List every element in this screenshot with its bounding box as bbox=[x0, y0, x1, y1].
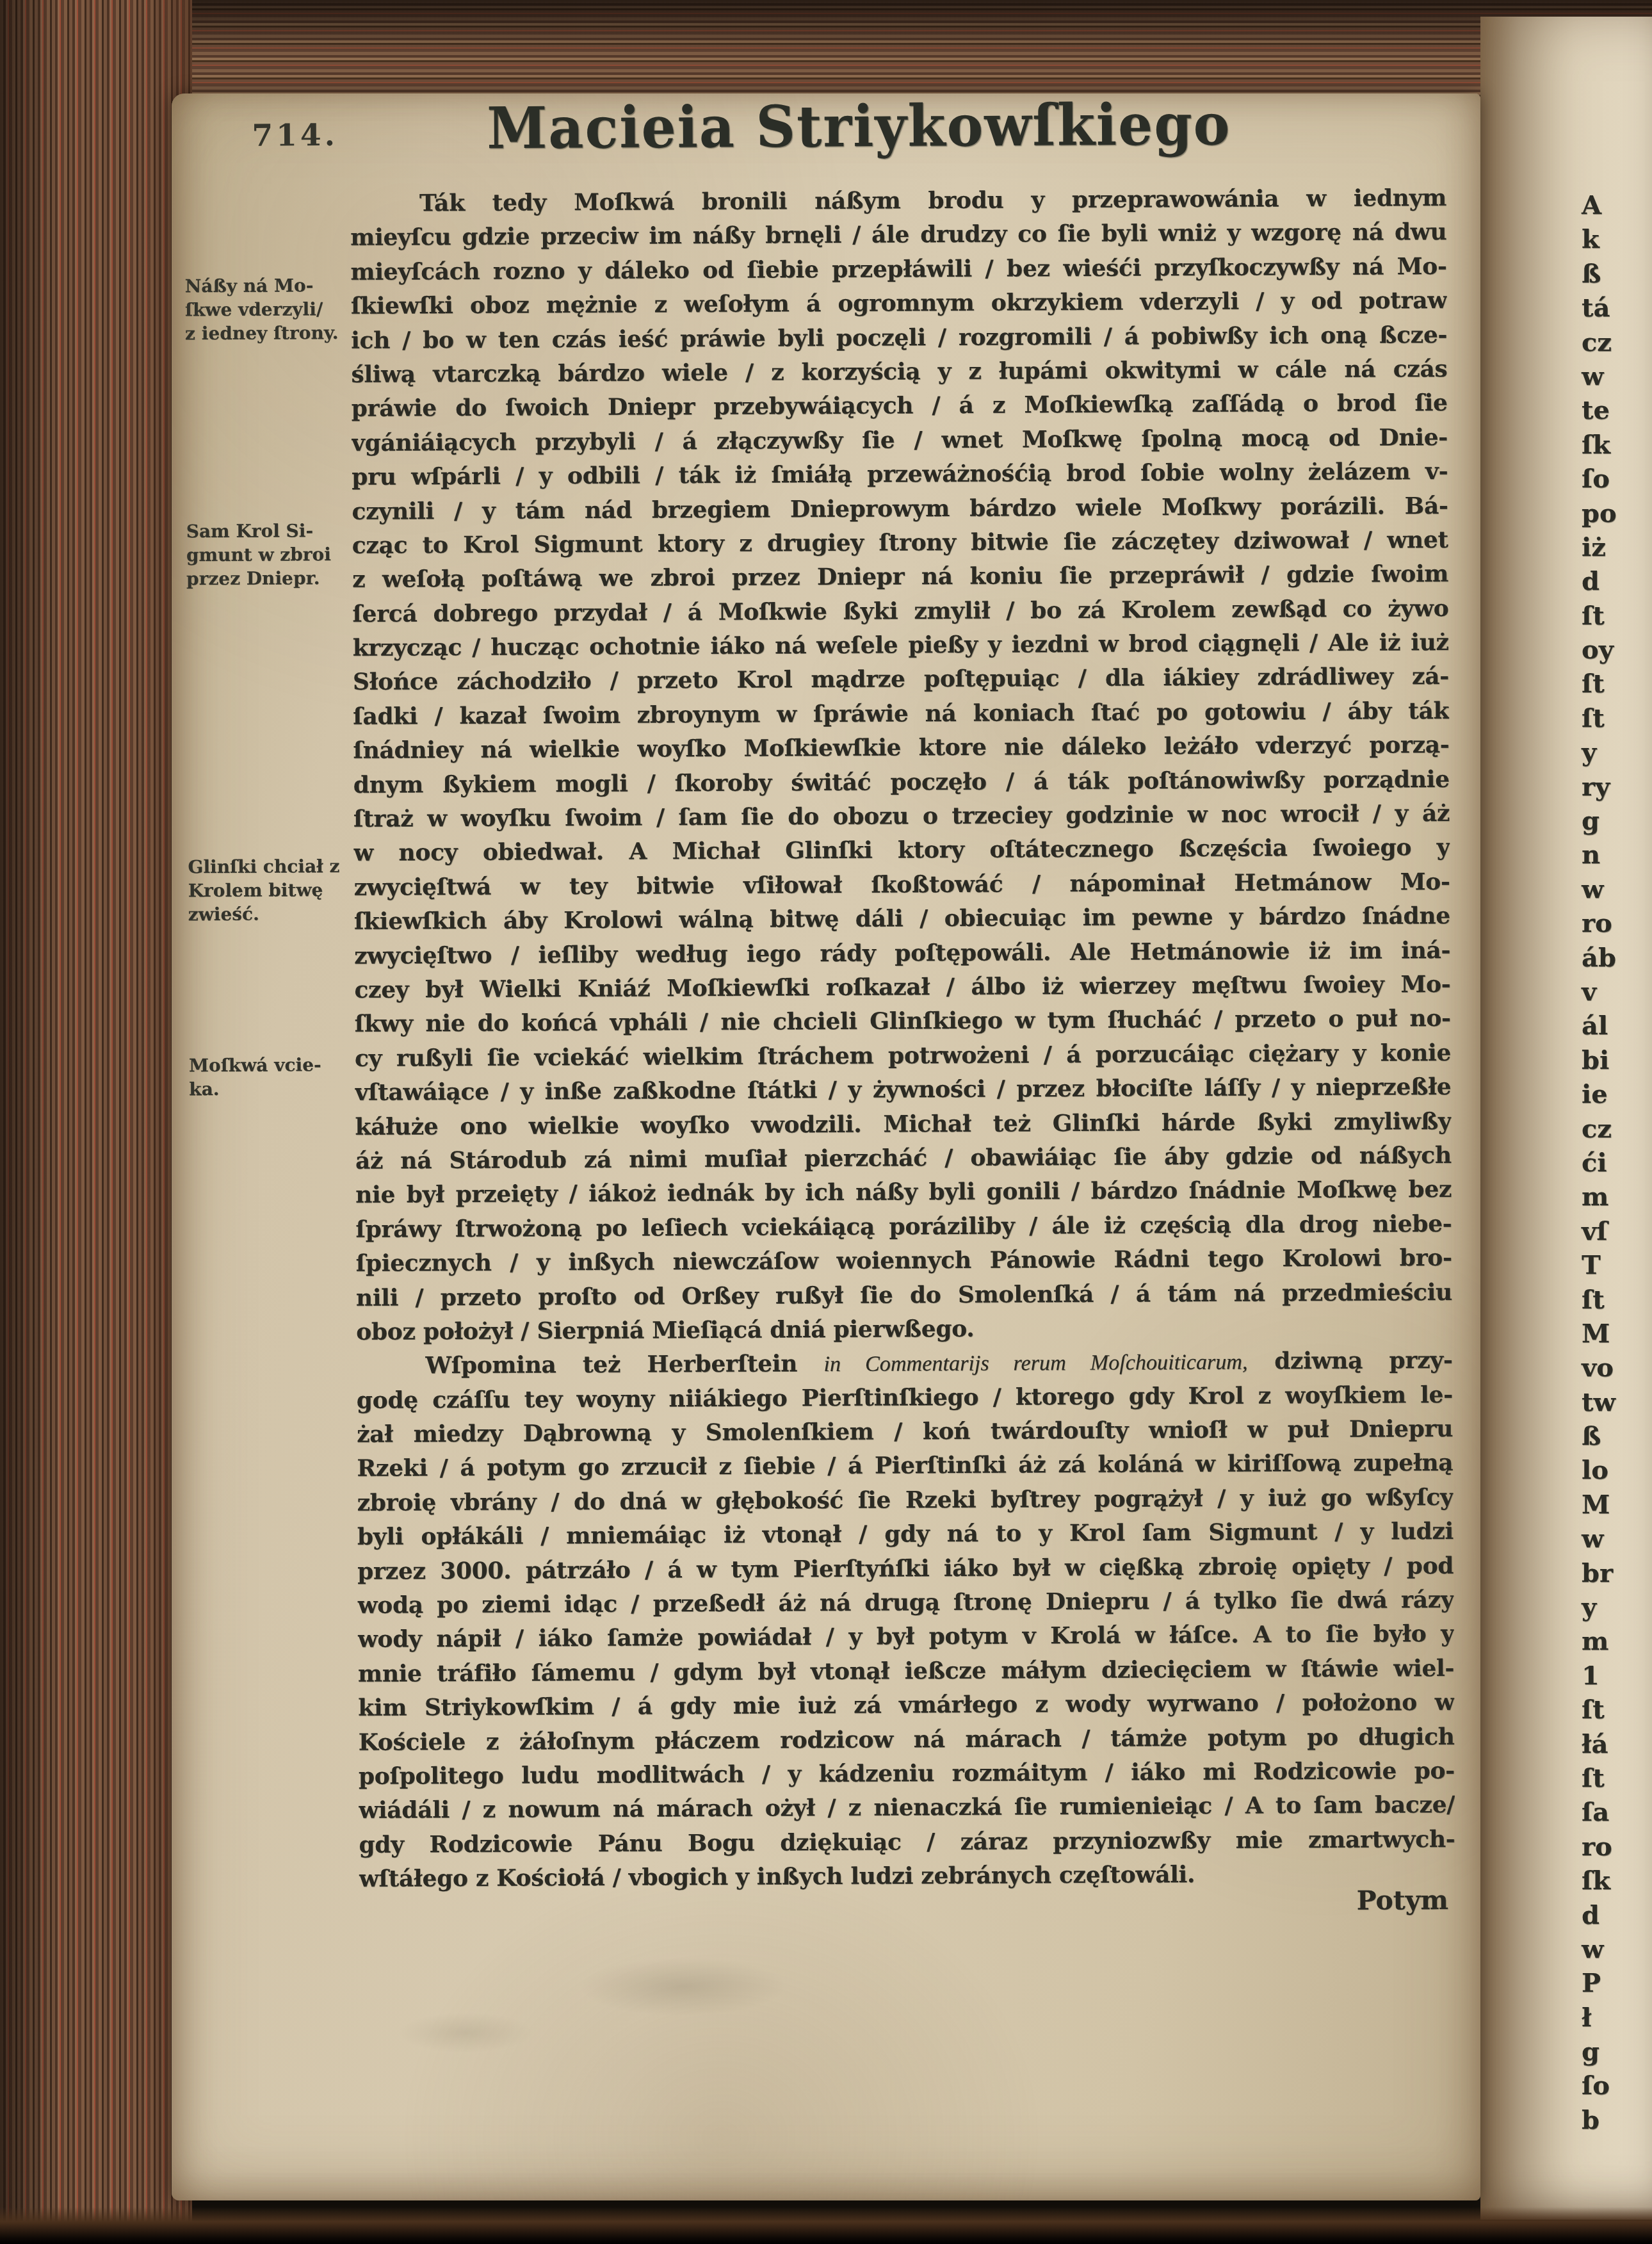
margin-note: Náßy ná Mo-ſkwe vderzyli/z iedney ſtrony… bbox=[185, 273, 348, 345]
facing-page-line-fragment: w bbox=[1582, 359, 1652, 393]
body-line: Wſpomina też Herberſtein in Commentarijs… bbox=[356, 1344, 1452, 1383]
body-line: wodą po ziemi idąc / przeßedł áż ná drug… bbox=[357, 1583, 1454, 1623]
body-line: wiádáli / z nowum ná márach ożył / z nie… bbox=[359, 1788, 1455, 1828]
facing-page-line-fragment: d bbox=[1582, 564, 1652, 598]
body-line: zwycięſtwá w tey bitwie vſiłował ſkoßtow… bbox=[353, 865, 1450, 905]
facing-page-line-fragment: iż bbox=[1582, 530, 1652, 564]
facing-page-line-fragment: po bbox=[1582, 496, 1652, 530]
body-line: práwie do ſwoich Dniepr przebywáiących /… bbox=[352, 386, 1448, 426]
facing-page-line-fragment: P bbox=[1582, 1966, 1652, 2000]
body-line: gdy Rodzicowie Pánu Bogu dziękuiąc / zár… bbox=[359, 1823, 1455, 1862]
facing-page-line-fragment: d bbox=[1582, 1898, 1652, 1932]
body-line: nili / przeto proſto od Orßey rußył ſie … bbox=[356, 1275, 1452, 1315]
facing-page-line-fragment: ći bbox=[1582, 1146, 1652, 1180]
facing-page-line-fragment: te bbox=[1582, 393, 1652, 427]
facing-page-line-fragment: ro bbox=[1582, 906, 1652, 940]
body-line: Słońce záchodziło / przeto Krol mądrze p… bbox=[353, 660, 1449, 699]
body-line: Kościele z żáłoſnym płáczem rodzicow ná … bbox=[358, 1720, 1454, 1759]
body-line: ſkiewſkich áby Krolowi wálną bitwę dáli … bbox=[354, 899, 1450, 939]
body-line: oboz położył / Sierpniá Mieſiącá dniá pi… bbox=[356, 1310, 1452, 1349]
margin-note-line: Sam Krol Si- bbox=[186, 519, 349, 543]
facing-page-line-fragment: ſk bbox=[1582, 1864, 1652, 1898]
page-surface: 714. Macieia Striykowſkiego Náßy ná Mo-ſ… bbox=[167, 90, 1487, 2204]
margin-note: Sam Krol Si-gmunt w zbroiprzez Dniepr. bbox=[186, 519, 350, 590]
margin-note: Glinſki chciał zKrolem bitwęzwieść. bbox=[188, 854, 351, 926]
body-line: ſkiewſki oboz mężnie z weſołym á ogromny… bbox=[351, 284, 1447, 323]
body-line: krzycząc / hucząc ochotnie iáko ná weſel… bbox=[352, 626, 1448, 665]
facing-page-line-fragment: cz bbox=[1582, 325, 1652, 359]
body-line: vſtawáiące / y inße zaßkodne ſtátki / y … bbox=[355, 1070, 1451, 1110]
margin-note-line: Náßy ná Mo- bbox=[185, 273, 348, 298]
facing-page-line-fragment: ß bbox=[1582, 1419, 1652, 1453]
body-line: kim Striykowſkim / á gdy mie iuż zá vmár… bbox=[358, 1686, 1454, 1725]
facing-page-line-fragment: ſk bbox=[1582, 428, 1652, 462]
body-line: ſtraż w woyſku ſwoim / ſam ſie do obozu … bbox=[353, 797, 1450, 836]
margin-note-line: ſkwe vderzyli/ bbox=[185, 297, 348, 321]
body-line: mieyſcu gdzie przeciw im náßy brnęli / á… bbox=[350, 215, 1446, 255]
ink-bleedthrough-smudge bbox=[369, 2003, 562, 2062]
facing-page-line-fragment: ſt bbox=[1582, 599, 1652, 633]
facing-page-line-fragment: m bbox=[1582, 1180, 1652, 1214]
facing-page-line-fragment: v bbox=[1582, 975, 1652, 1009]
margin-note-line: przez Dniepr. bbox=[186, 566, 349, 590]
body-line: zwycięſtwo / ieſliby według iego rády po… bbox=[354, 933, 1450, 973]
body-line: vgániáiących przybyli / á złączywßy ſie … bbox=[352, 421, 1448, 460]
facing-page-line-fragment: ſt bbox=[1582, 1283, 1652, 1317]
facing-page-line-fragment: vſ bbox=[1582, 1214, 1652, 1248]
body-line: wſtáłego z Kościołá / vbogich y inßych l… bbox=[359, 1857, 1455, 1896]
body-line: dnym ßykiem mogli / ſkoroby świtáć poczę… bbox=[353, 763, 1450, 802]
margin-note-line: Glinſki chciał z bbox=[188, 854, 350, 879]
body-line: wody nápił / iáko ſamże powiádał / y był… bbox=[358, 1617, 1454, 1657]
body-line: z weſołą poſtáwą we zbroi przez Dniepr n… bbox=[352, 557, 1448, 597]
margin-note-line: Moſkwá vcie- bbox=[189, 1053, 352, 1077]
body-line: Ták tedy Moſkwá bronili náßym brodu y pr… bbox=[350, 181, 1446, 221]
facing-page-line-fragment: b bbox=[1582, 2103, 1652, 2137]
facing-page-line-fragment: g bbox=[1582, 804, 1652, 838]
facing-page-line-fragment: ro bbox=[1582, 1830, 1652, 1864]
facing-page-line-fragment: tw bbox=[1582, 1385, 1652, 1419]
facing-page-line-fragment: ál bbox=[1582, 1009, 1652, 1043]
book-page: 714. Macieia Striykowſkiego Náßy ná Mo-ſ… bbox=[172, 93, 1480, 2200]
facing-page-line-fragment: 1 bbox=[1582, 1659, 1652, 1693]
body-line: Rzeki / á potym go zrzucił z ſiebie / á … bbox=[357, 1446, 1453, 1486]
facing-page-line-fragment: ie bbox=[1582, 1077, 1652, 1111]
facing-page-line-fragment: ſt bbox=[1582, 1761, 1652, 1795]
facing-page-line-fragment: n bbox=[1582, 838, 1652, 872]
body-line: ſpiecznych / y inßych niewczáſow woienny… bbox=[356, 1241, 1452, 1281]
margin-note: Moſkwá vcie-ka. bbox=[189, 1053, 352, 1101]
facing-page-line-fragment: y bbox=[1582, 1590, 1652, 1624]
facing-page-line-fragment: T bbox=[1582, 1248, 1652, 1282]
facing-page-line-fragment: g bbox=[1582, 2035, 1652, 2069]
body-line: cy rußyli ſie vciekáć wielkim ſtráchem p… bbox=[355, 1036, 1451, 1076]
margin-note-line: Krolem bitwę bbox=[188, 878, 351, 902]
ink-bleedthrough-smudge bbox=[535, 1944, 830, 2029]
body-line: mnie tráfiło ſámemu / gdym był vtonął ie… bbox=[358, 1652, 1454, 1691]
facing-page-line-fragment: ſo bbox=[1582, 462, 1652, 496]
facing-page-line-fragment: łá bbox=[1582, 1727, 1652, 1761]
latin-citation: in Commentarijs rerum Moſchouiticarum, bbox=[823, 1351, 1247, 1376]
facing-page-line-fragment: bi bbox=[1582, 1043, 1652, 1077]
body-line: ſkwy nie do końcá vpháli / nie chcieli G… bbox=[355, 1002, 1451, 1041]
body-line: w nocy obiedwał. A Michał Glinſki ktory … bbox=[353, 831, 1450, 870]
body-line: áż ná Stárodub zá nimi muſiał pierzcháć … bbox=[355, 1139, 1452, 1178]
margin-note-line: ka. bbox=[189, 1077, 352, 1101]
facing-page-line-fragment: lo bbox=[1582, 1453, 1652, 1487]
page-number: 714. bbox=[252, 118, 338, 154]
body-line: czynili / y tám nád brzegiem Dnieprowym … bbox=[352, 489, 1448, 528]
facing-page-line-fragment: M bbox=[1582, 1317, 1652, 1351]
facing-page-line-fragment: tá bbox=[1582, 291, 1652, 325]
body-line: ſercá dobrego przydał / á Moſkwie ßyki z… bbox=[352, 592, 1448, 631]
running-header: Macieia Striykowſkiego bbox=[359, 90, 1359, 163]
facing-page-line-fragment: cz bbox=[1582, 1112, 1652, 1146]
body-line: nie był przeięty / iákoż iednák by ich n… bbox=[355, 1173, 1452, 1212]
body-line: cząc to Krol Sigmunt ktory z drugiey ſtr… bbox=[352, 523, 1448, 563]
facing-page-line-fragment: vo bbox=[1582, 1351, 1652, 1385]
book-scan: Akßtáczwteſkſopoiżdſtoyſtſtyrygnwroábvál… bbox=[0, 0, 1652, 2244]
facing-page-line-fragment: br bbox=[1582, 1556, 1652, 1590]
body-line: mieyſcách rozno y dáleko od ſiebie przep… bbox=[350, 250, 1446, 289]
facing-page: Akßtáczwteſkſopoiżdſtoyſtſtyrygnwroábvál… bbox=[1480, 17, 1652, 2220]
body-line: zbroię vbrány / do dná w głębokość ſie R… bbox=[357, 1481, 1453, 1520]
facing-page-line-fragment: oy bbox=[1582, 633, 1652, 667]
body-text: Ták tedy Moſkwá bronili náßym brodu y pr… bbox=[350, 181, 1455, 1896]
facing-page-line-fragment: ſt bbox=[1582, 667, 1652, 701]
body-line: poſpolitego ludu modlitwách / y kádzeniu… bbox=[359, 1754, 1455, 1794]
body-line: káłuże ono wielkie woyſko vwodzili. Mich… bbox=[355, 1104, 1451, 1144]
facing-page-line-fragment: ß bbox=[1582, 257, 1652, 291]
facing-page-text-fragments: Akßtáczwteſkſopoiżdſtoyſtſtyrygnwroábvál… bbox=[1582, 188, 1652, 2137]
facing-page-line-fragment: k bbox=[1582, 222, 1652, 256]
margin-note-line: z iedney ſtrony. bbox=[185, 321, 348, 345]
bottom-shadow bbox=[0, 2207, 1652, 2244]
body-line: pru wſpárli / y odbili / ták iż ſmiáłą p… bbox=[352, 455, 1448, 494]
facing-page-line-fragment: A bbox=[1582, 188, 1652, 222]
body-line: byli opłákáli / mniemáiąc iż vtonął / gd… bbox=[357, 1515, 1454, 1554]
margin-note-line: gmunt w zbroi bbox=[186, 542, 349, 567]
facing-page-line-fragment: ry bbox=[1582, 770, 1652, 804]
facing-page-line-fragment: y bbox=[1582, 735, 1652, 769]
facing-page-line-fragment: M bbox=[1582, 1488, 1652, 1522]
facing-page-line-fragment: ſt bbox=[1582, 701, 1652, 735]
margin-note-line: zwieść. bbox=[188, 902, 351, 926]
facing-page-line-fragment: w bbox=[1582, 872, 1652, 906]
catchword: Potym bbox=[1357, 1885, 1448, 1916]
body-line: żał miedzy Dąbrowną y Smolenſkiem / koń … bbox=[357, 1412, 1453, 1452]
facing-page-line-fragment: w bbox=[1582, 1522, 1652, 1556]
body-line: godę czáſſu tey woyny niiákiego Pierſtin… bbox=[357, 1378, 1453, 1418]
body-line: śliwą vtarczką bárdzo wiele / z korzyści… bbox=[351, 352, 1447, 392]
body-line: czey był Wielki Kniáź Moſkiewſki roſkaza… bbox=[354, 968, 1450, 1007]
facing-page-line-fragment: áb bbox=[1582, 941, 1652, 975]
facing-page-line-fragment: w bbox=[1582, 1932, 1652, 1966]
facing-page-line-fragment: m bbox=[1582, 1624, 1652, 1658]
body-line: ſadki / kazał ſwoim zbroynym w ſpráwie n… bbox=[353, 694, 1449, 734]
body-line: przez 3000. pátrzáło / á w tym Pierſtyńſ… bbox=[357, 1549, 1454, 1589]
body-line: ſpráwy ſtrwożoną po leſiech vciekáiącą p… bbox=[355, 1207, 1452, 1247]
body-line: ſnádniey ná wielkie woyſko Moſkiewſkie k… bbox=[353, 728, 1449, 768]
facing-page-line-fragment: ſo bbox=[1582, 2069, 1652, 2102]
body-line: ich / bo w ten czás ieść práwie byli poc… bbox=[351, 318, 1447, 357]
page-edges-left bbox=[0, 0, 192, 2244]
facing-page-line-fragment: ł bbox=[1582, 2001, 1652, 2035]
facing-page-line-fragment: ſa bbox=[1582, 1795, 1652, 1829]
facing-page-line-fragment: ſt bbox=[1582, 1693, 1652, 1727]
